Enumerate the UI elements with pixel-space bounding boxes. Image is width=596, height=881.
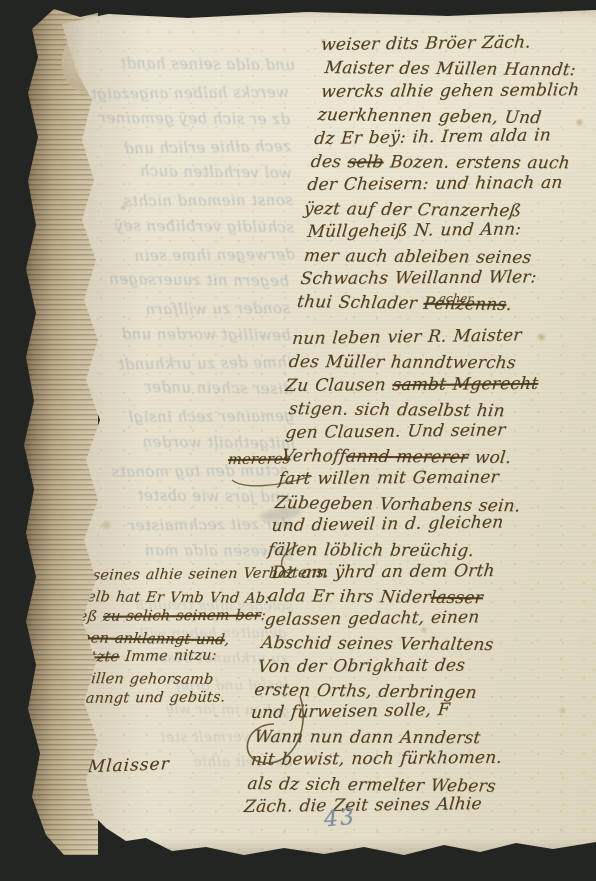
main-text-line: fart willen mit Gemainer	[277, 466, 590, 492]
marginal-insertion: mereres	[230, 452, 294, 468]
main-text-line: wercks alhie gehen semblich	[320, 79, 596, 105]
main-text-line: nit bewist, noch fürkhomen.	[250, 746, 563, 772]
main-text-line: der Cheisern: und hinach an	[306, 172, 596, 198]
foxing-spot	[100, 520, 113, 530]
margin-note-line: dz seines alhie seinen Verhaltens.	[69, 563, 296, 586]
main-text-line: Müllgeheiß N. und Ann:	[306, 217, 596, 244]
foxing-spot	[120, 204, 127, 211]
main-text-line: gen Clausen. Und seiner	[284, 418, 596, 445]
showthrough-line: und alda seines handt	[53, 49, 295, 79]
main-text-line: Von der Obrigkhait des	[257, 653, 570, 679]
main-text-line: thui Schlader Penzennsacher.	[296, 291, 596, 319]
main-text-line: und fürweisen solle, F	[250, 698, 563, 726]
insertion-line: mereres	[227, 451, 291, 468]
manuscript-scan: und alda seines handtwercks halben angez…	[0, 0, 596, 881]
showthrough-line: schuldig verbliben seÿ	[52, 212, 294, 241]
main-text-line: gelassen gedacht, einen	[264, 605, 577, 632]
main-text-block: weiser dits Bröer Zäch.Maister des Mülle…	[243, 34, 596, 819]
main-text-line: Zu Clausen sambt Mgerecht	[284, 372, 596, 398]
main-text-line: Zäch. die Zeit seines Alhie	[243, 792, 556, 819]
manuscript-page: und alda seines handtwercks halben angez…	[48, 8, 596, 860]
main-text-line: und dieweil in d. gleichen	[270, 510, 583, 538]
main-text-line: dz Er beÿ: ih. Irem alda in	[313, 123, 596, 151]
folio-number: 43	[323, 805, 357, 833]
main-text-line: weiser dits Bröer Zäch.	[320, 30, 596, 57]
main-text-line: nun leben vier R. Maister	[291, 323, 596, 351]
margin-note-line: hieß zu selich seinem ber:	[63, 605, 296, 627]
interlinear-correction: acher	[438, 287, 475, 311]
